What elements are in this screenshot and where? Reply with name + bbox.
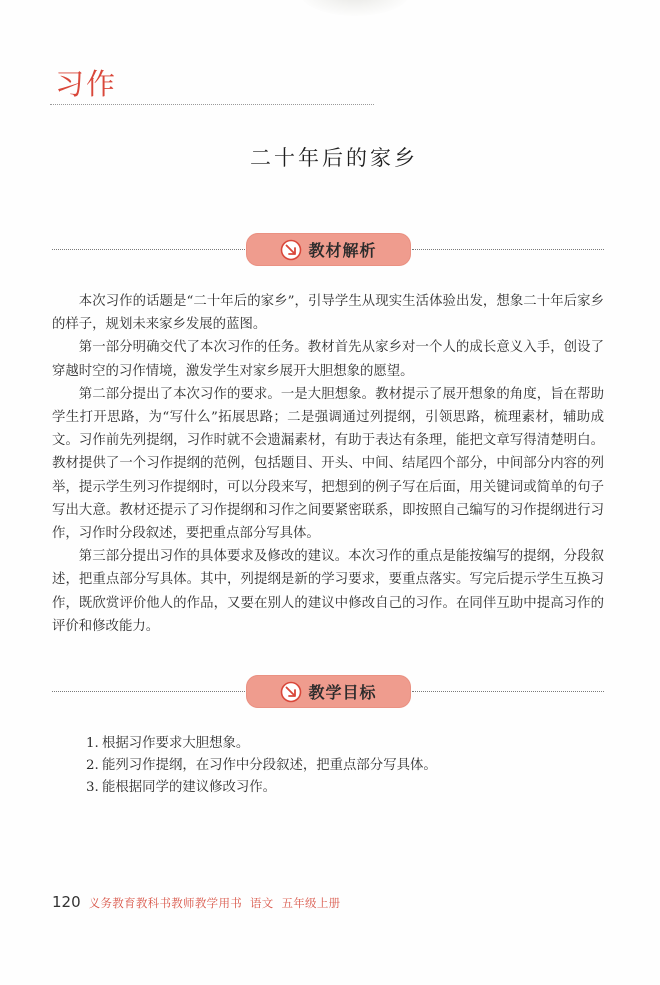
page-footer: 120 义务教育教科书教师教学用书 语文 五年级上册 (52, 893, 340, 911)
goal-number: 2. (86, 755, 102, 777)
page-number: 120 (52, 893, 81, 911)
goals-banner: 教学目标 (52, 675, 604, 709)
analysis-banner-pill: 教材解析 (246, 233, 411, 266)
textbook-page: 习作 二十年后的家乡 教材解析 本次习作的话题是“二十年后的家乡”，引导学生从现… (0, 0, 660, 985)
lesson-title: 二十年后的家乡 (0, 142, 660, 172)
banner-dotted-rule-left (52, 249, 245, 250)
scan-smudge (300, 0, 410, 16)
analysis-banner-label: 教材解析 (308, 238, 376, 261)
book-title: 义务教育教科书教师教学用书 语文 五年级上册 (89, 895, 341, 911)
banner-dotted-rule-left (52, 691, 245, 692)
analysis-body: 本次习作的话题是“二十年后的家乡”，引导学生从现实生活体验出发，想象二十年后家乡… (52, 290, 604, 638)
goal-text: 能根据同学的建议修改习作。 (102, 780, 276, 795)
goals-banner-pill: 教学目标 (246, 675, 411, 708)
analysis-paragraph: 第一部分明确交代了本次习作的任务。教材首先从家乡对一个人的成长意义入手，创设了穿… (52, 336, 604, 382)
goal-item: 3.能根据同学的建议修改习作。 (86, 777, 437, 799)
section-heading: 习作 (55, 62, 117, 103)
goal-number: 3. (86, 777, 102, 799)
banner-dotted-rule-right (412, 691, 604, 692)
goal-number: 1. (86, 733, 102, 755)
down-right-arrow-circle-icon (280, 681, 302, 703)
goals-banner-label: 教学目标 (308, 680, 376, 703)
goal-text: 能列习作提纲，在习作中分段叙述，把重点部分写具体。 (102, 758, 437, 773)
down-right-arrow-circle-icon (280, 239, 302, 261)
analysis-paragraph: 第二部分提出了本次习作的要求。一是大胆想象。教材提示了展开想象的角度，旨在帮助学… (52, 383, 604, 545)
goal-text: 根据习作要求大胆想象。 (102, 736, 249, 751)
goal-item: 1.根据习作要求大胆想象。 (86, 733, 437, 755)
goal-item: 2.能列习作提纲，在习作中分段叙述，把重点部分写具体。 (86, 755, 437, 777)
analysis-paragraph: 本次习作的话题是“二十年后的家乡”，引导学生从现实生活体验出发，想象二十年后家乡… (52, 290, 604, 336)
heading-dotted-rule (50, 104, 374, 105)
analysis-banner: 教材解析 (52, 233, 604, 267)
analysis-paragraph: 第三部分提出习作的具体要求及修改的建议。本次习作的重点是能按编写的提纲，分段叙述… (52, 545, 604, 638)
teaching-goals-list: 1.根据习作要求大胆想象。 2.能列习作提纲，在习作中分段叙述，把重点部分写具体… (86, 733, 437, 799)
banner-dotted-rule-right (412, 249, 604, 250)
